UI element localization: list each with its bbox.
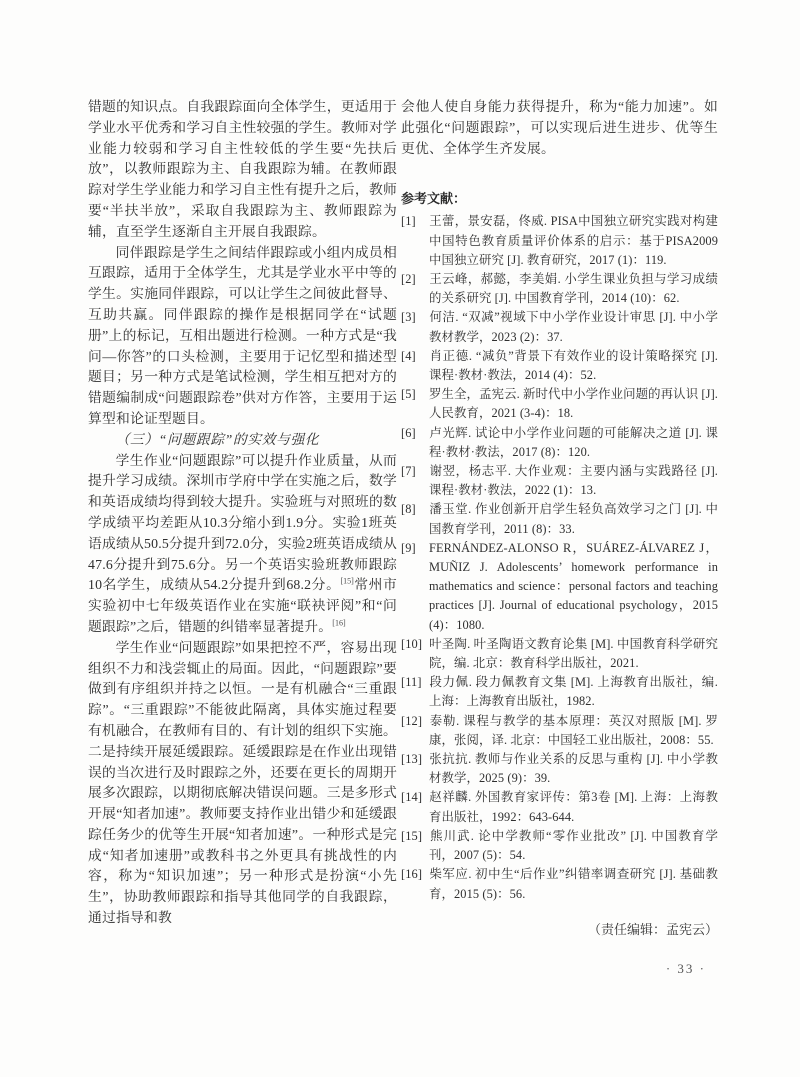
reference-label: [1]: [401, 212, 429, 231]
reference-label: [8]: [401, 500, 429, 519]
reference-item: [3]何洁. “双减”视域下中小学作业设计审思 [J]. 中小学教材教学，202…: [401, 308, 718, 346]
reference-label: [12]: [401, 712, 429, 731]
citation-superscript: [15]: [340, 577, 353, 586]
closing-paragraph: 会他人使自身能力获得提升，称为“能力加速”。如此强化“问题跟踪”，可以实现后进生…: [401, 97, 718, 159]
reference-item: [6]卢光辉. 试论中小学作业问题的可能解决之道 [J]. 课程·教材·教法，2…: [401, 424, 718, 462]
reference-item: [10]叶圣陶. 叶圣陶语文教育论集 [M]. 中国教育科学研究院，编. 北京：…: [401, 635, 718, 673]
reference-label: [15]: [401, 827, 429, 846]
reference-item: [5]罗生全，孟宪云. 新时代中小学作业问题的再认识 [J]. 人民教育，202…: [401, 385, 718, 423]
references-heading: 参考文献：: [401, 189, 718, 209]
reference-label: [11]: [401, 673, 429, 692]
reference-label: [6]: [401, 424, 429, 443]
body-paragraph: 错题的知识点。自我跟踪面向全体学生，更适用于学业水平优秀和学习自主性较强的学生。…: [88, 97, 397, 243]
reference-item: [11]段力佩. 段力佩教育文集 [M]. 上海教育出版社，编. 上海：上海教育…: [401, 673, 718, 711]
right-column: 会他人使自身能力获得提升，称为“能力加速”。如此强化“问题跟踪”，可以实现后进生…: [401, 97, 718, 978]
reference-label: [16]: [401, 865, 429, 884]
body-paragraph: 学生作业“问题跟踪”如果把控不严，容易出现组织不力和浅尝辄止的局面。因此，“问题…: [88, 638, 397, 929]
page-number: · 33 ·: [401, 960, 718, 978]
body-paragraph: 学生作业“问题跟踪”可以提升作业质量，从而提升学习成绩。深圳市学府中学在实施之后…: [88, 451, 397, 638]
references-list: [1]王蕾，景安磊，佟威. PISA中国独立研究实践对构建中国特色教育质量评价体…: [401, 212, 718, 903]
reference-item: [13]张抗抗. 教师与作业关系的反思与重构 [J]. 中小学教材教学，2025…: [401, 750, 718, 788]
reference-label: [14]: [401, 788, 429, 807]
reference-item: [14]赵祥麟. 外国教育家评传：第3卷 [M]. 上海：上海教育出版社，199…: [401, 788, 718, 826]
reference-item: [16]柴军应. 初中生“后作业”纠错率调查研究 [J]. 基础教育，2015 …: [401, 865, 718, 903]
reference-item: [7]谢翌，杨志平. 大作业观：主要内涵与实践路径 [J]. 课程·教材·教法，…: [401, 462, 718, 500]
left-column: 错题的知识点。自我跟踪面向全体学生，更适用于学业水平优秀和学习自主性较强的学生。…: [88, 97, 397, 929]
reference-item: [8]潘玉堂. 作业创新开启学生轻负高效学习之门 [J]. 中国教育学刊，201…: [401, 500, 718, 538]
reference-item: [1]王蕾，景安磊，佟威. PISA中国独立研究实践对构建中国特色教育质量评价体…: [401, 212, 718, 270]
reference-label: [10]: [401, 635, 429, 654]
reference-item: [15]熊川武. 论中学教师“零作业批改” [J]. 中国教育学刊，2007 (…: [401, 827, 718, 865]
reference-item: [9]FERNÁNDEZ-ALONSO R，SUÁREZ-ÁLVAREZ J，M…: [401, 539, 718, 635]
journal-page: 错题的知识点。自我跟踪面向全体学生，更适用于学业水平优秀和学习自主性较强的学生。…: [0, 0, 800, 1077]
reference-label: [13]: [401, 750, 429, 769]
body-paragraph: 同伴跟踪是学生之间结伴跟踪或小组内成员相互跟踪，适用于全体学生，尤其是学业水平中…: [88, 243, 397, 430]
reference-label: [5]: [401, 385, 429, 404]
reference-label: [4]: [401, 347, 429, 366]
section-heading: （三）“问题跟踪”的实效与强化: [88, 430, 397, 451]
reference-item: [2]王云峰，郝懿，李美娟. 小学生课业负担与学习成绩的关系研究 [J]. 中国…: [401, 270, 718, 308]
citation-superscript: [16]: [332, 618, 345, 627]
reference-item: [12]泰勒. 课程与教学的基本原理：英汉对照版 [M]. 罗康，张阅，译. 北…: [401, 712, 718, 750]
reference-label: [9]: [401, 539, 429, 558]
editor-note: （责任编辑：孟宪云）: [401, 920, 718, 940]
reference-label: [7]: [401, 462, 429, 481]
reference-item: [4]肖正德. “减负”背景下有效作业的设计策略探究 [J]. 课程·教材·教法…: [401, 347, 718, 385]
reference-label: [3]: [401, 308, 429, 327]
reference-label: [2]: [401, 270, 429, 289]
